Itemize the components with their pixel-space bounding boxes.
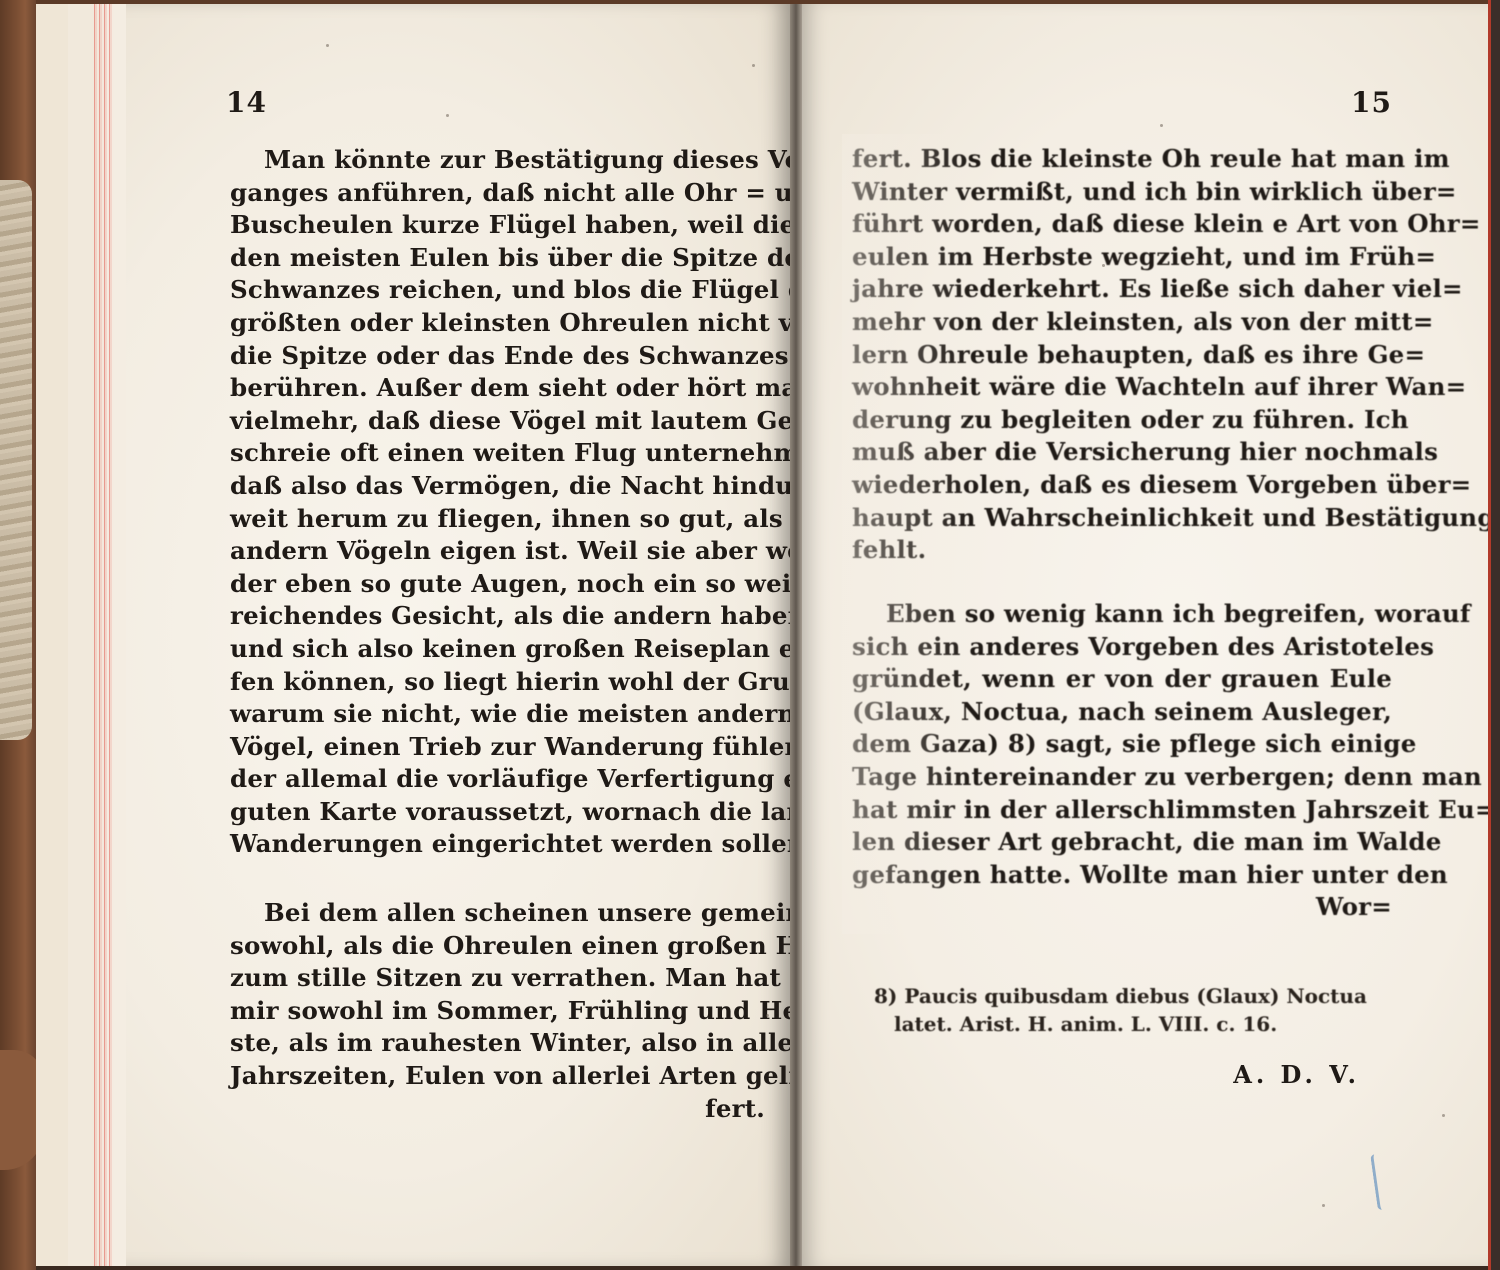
text-line: fert. Blos die kleinste Oh reule hat man… xyxy=(852,143,1392,176)
text-line: dem Gaza) 8) sagt, sie pflege sich einig… xyxy=(852,728,1392,761)
text-line: lern Ohreule behaupten, daß es ihre Ge= xyxy=(852,339,1392,372)
paragraph-left-2: Bei dem allen scheinen unsere gemeinen s… xyxy=(230,897,765,1125)
author-signature: A. D. V. xyxy=(1233,1060,1360,1089)
text-line: ste, als im rauhesten Winter, also in al… xyxy=(230,1027,765,1060)
text-line: wohnheit wäre die Wachteln auf ihrer Wan… xyxy=(852,371,1392,404)
text-line: führt worden, daß diese klein e Art von … xyxy=(852,208,1392,241)
text-line: sich ein anderes Vorgeben des Aristotele… xyxy=(852,631,1392,664)
text-line: berühren. Außer dem sieht oder hört man xyxy=(230,372,765,405)
page-number-right: 15 xyxy=(1351,86,1392,119)
text-line: guten Karte voraussetzt, wornach die lan… xyxy=(230,796,765,829)
text-line: gefangen hatte. Wollte man hier unter de… xyxy=(852,859,1392,892)
text-line: hat mir in der allerschlimmsten Jahrszei… xyxy=(852,794,1392,827)
blue-ink-mark xyxy=(1370,1154,1387,1211)
text-line: Schwanzes reichen, und blos die Flügel d… xyxy=(230,274,765,307)
text-line: daß also das Vermögen, die Nacht hindurc… xyxy=(230,470,765,503)
text-line: größten oder kleinsten Ohreulen nicht vö… xyxy=(230,307,765,340)
text-line: und sich also keinen großen Reiseplan en… xyxy=(230,633,765,666)
text-line: (Glaux, Noctua, nach seinem Ausleger, xyxy=(852,696,1392,729)
footnote-line: latet. Arist. H. anim. L. VIII. c. 16. xyxy=(874,1010,1394,1038)
paragraph-left-1: Man könnte zur Bestätigung dieses Vor= g… xyxy=(230,144,765,861)
text-line: Tage hintereinander zu verbergen; denn m… xyxy=(852,761,1392,794)
text-line: den meisten Eulen bis über die Spitze de… xyxy=(230,242,765,275)
text-line: Man könnte zur Bestätigung dieses Vor= xyxy=(230,144,765,177)
text-line: vielmehr, daß diese Vögel mit lautem Ge= xyxy=(230,405,765,438)
text-line: der allemal die vorläufige Verfertigung … xyxy=(230,763,765,796)
text-line: haupt an Wahrscheinlichkeit und Bestätig… xyxy=(852,502,1392,535)
page-number-left: 14 xyxy=(226,86,267,119)
catchword: Wor= xyxy=(852,891,1392,924)
book-cover-right xyxy=(1488,0,1500,1270)
text-line: warum sie nicht, wie die meisten andern xyxy=(230,698,765,731)
text-line: gründet, wenn er von der grauen Eule xyxy=(852,663,1392,696)
text-line: Jahrszeiten, Eulen von allerlei Arten ge… xyxy=(230,1060,765,1093)
text-line: Winter vermißt, und ich bin wirklich übe… xyxy=(852,176,1392,209)
footnote: 8) Paucis quibusdam diebus (Glaux) Noctu… xyxy=(874,982,1394,1038)
catchword: fert. xyxy=(230,1093,765,1126)
text-line: Wanderungen eingerichtet werden sollen. xyxy=(230,828,765,861)
book-scan: 14 Man könnte zur Bestätigung dieses Vor… xyxy=(0,0,1500,1270)
text-line: eulen im Herbste wegzieht, und im Früh= xyxy=(852,241,1392,274)
paragraph-right-1: fert. Blos die kleinste Oh reule hat man… xyxy=(852,143,1392,567)
right-page: 15 fert. Blos die kleinste Oh reule hat … xyxy=(802,4,1488,1266)
text-line: jahre wiederkehrt. Es ließe sich daher v… xyxy=(852,273,1392,306)
text-line: Buscheulen kurze Flügel haben, weil dies… xyxy=(230,209,765,242)
text-line: Bei dem allen scheinen unsere gemeinen xyxy=(230,897,765,930)
book-cover-left xyxy=(0,0,36,1270)
text-line: Eben so wenig kann ich begreifen, worauf xyxy=(852,598,1392,631)
text-line: sowohl, als die Ohreulen einen großen Ha… xyxy=(230,930,765,963)
text-line: wiederholen, daß es diesem Vorgeben über… xyxy=(852,469,1392,502)
text-line: Vögel, einen Trieb zur Wanderung fühlen, xyxy=(230,731,765,764)
text-line: weit herum zu fliegen, ihnen so gut, als xyxy=(230,503,765,536)
torn-spine xyxy=(0,180,32,740)
text-line: muß aber die Versicherung hier nochmals xyxy=(852,436,1392,469)
paragraph-right-2: Eben so wenig kann ich begreifen, worauf… xyxy=(852,598,1392,924)
text-line: mehr von der kleinsten, als von der mitt… xyxy=(852,306,1392,339)
text-line: zum stille Sitzen zu verrathen. Man hat xyxy=(230,962,765,995)
text-line: ganges anführen, daß nicht alle Ohr = un… xyxy=(230,177,765,210)
footnote-line: 8) Paucis quibusdam diebus (Glaux) Noctu… xyxy=(874,982,1394,1010)
text-line: mir sowohl im Sommer, Frühling und Herb= xyxy=(230,995,765,1028)
text-line: len dieser Art gebracht, die man im Wald… xyxy=(852,826,1392,859)
page-stack-fore-edge xyxy=(36,4,126,1266)
book-gutter xyxy=(790,4,802,1266)
red-sprinkled-edge xyxy=(94,4,114,1266)
text-line: schreie oft einen weiten Flug unternehme… xyxy=(230,437,765,470)
text-line: reichendes Gesicht, als die andern haben… xyxy=(230,600,765,633)
text-line: die Spitze oder das Ende des Schwanzes xyxy=(230,340,765,373)
text-line: der eben so gute Augen, noch ein so weit xyxy=(230,568,765,601)
text-line: fen können, so liegt hierin wohl der Gru… xyxy=(230,666,765,699)
left-page: 14 Man könnte zur Bestätigung dieses Vor… xyxy=(126,4,790,1266)
text-line: andern Vögeln eigen ist. Weil sie aber w… xyxy=(230,535,765,568)
text-line: derung zu begleiten oder zu führen. Ich xyxy=(852,404,1392,437)
text-line: fehlt. xyxy=(852,534,1392,567)
